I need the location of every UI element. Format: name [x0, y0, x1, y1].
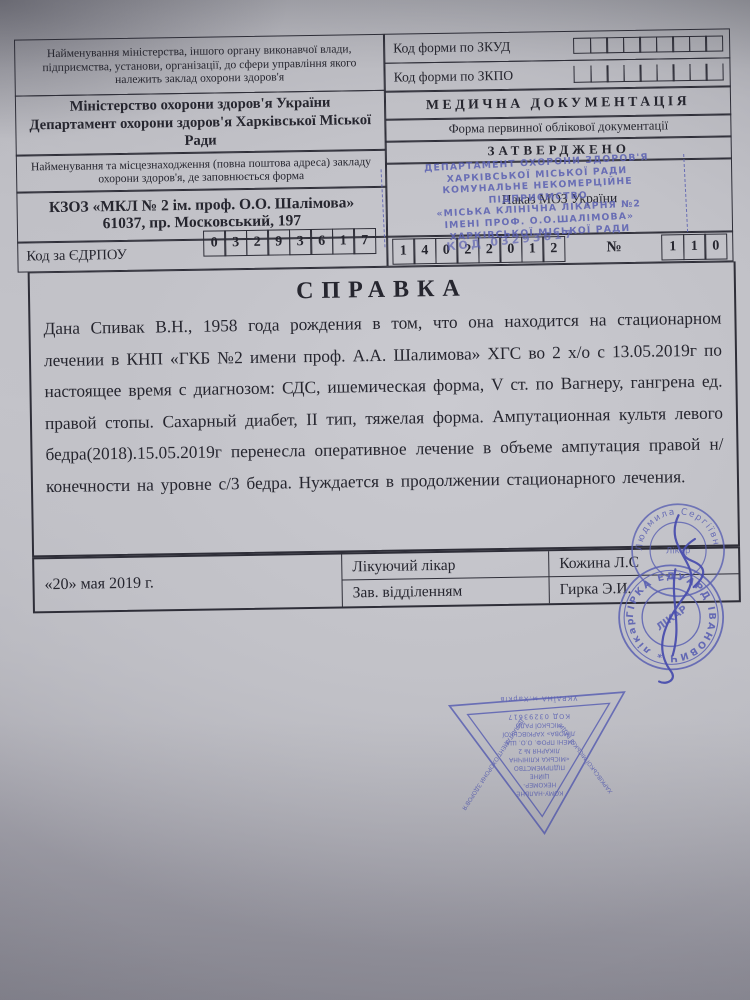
triangle-stamp-line: ЦІЙНЕ: [530, 772, 550, 781]
empty-code-cell: [573, 38, 591, 54]
number-digit-cell: 0: [704, 233, 727, 259]
edrpou-digit-cell: 3: [224, 230, 247, 256]
empty-code-cell: [590, 65, 608, 82]
empty-code-cell: [656, 36, 674, 52]
triangle-stamp-code: КОД 03293617: [507, 712, 570, 721]
ministry-cell: Міністерство охорони здоров'я України Де…: [15, 89, 386, 156]
certificate-date: «20» мая 2019 г.: [34, 555, 343, 612]
empty-code-cell: [623, 65, 641, 82]
zkud-label: Код форми по ЗКУД: [385, 39, 510, 57]
edrpou-cells: 0 3 2 9 3 6 1 7: [204, 228, 376, 257]
doctor-name: Кожина Л.С: [548, 548, 738, 577]
empty-code-cell: [672, 64, 690, 81]
empty-code-cell: [623, 37, 641, 53]
photo-background: Найменування міністерства, іншого органу…: [0, 0, 750, 1000]
empty-code-cell: [656, 64, 674, 81]
empty-code-cell: [639, 65, 657, 82]
certificate-body: СПРАВКА Дана Спивак В.Н., 1958 года рожд…: [28, 261, 740, 557]
triangle-stamp-line: «МІСЬКА КЛІНІЧНА: [508, 755, 569, 763]
triangle-stamp-line: КОМУ-НАЛЬНЕ: [516, 789, 563, 797]
edrpou-label: Код за ЄДРПОУ: [18, 247, 127, 266]
edrpou-digit-cell: 1: [331, 228, 354, 254]
department-name: Департамент охорони здоров'я Харківської…: [16, 111, 385, 153]
edrpou-digit-cell: 0: [203, 230, 226, 256]
empty-code-cell: [606, 37, 624, 53]
hospital-header-stamp: ДЕПАРТАМЕНТ ОХОРОНИ ЗДОРОВ'Я ХАРКІВСЬКОЇ…: [380, 150, 697, 266]
edrpou-digit-cell: 9: [267, 229, 290, 255]
doctor-role: Лікуючий лікар: [342, 551, 548, 580]
triangle-stamp-line: ЛІКАРНЯ № 2: [518, 747, 560, 755]
empty-code-cell: [573, 66, 591, 83]
empty-code-cell: [689, 36, 707, 52]
signature-table: «20» мая 2019 г. Лікуючий лікар Кожина Л…: [32, 546, 741, 613]
triangle-stamp-line: ПІДПРИЄМСТВО: [514, 764, 565, 772]
certificate-document: Найменування міністерства, іншого органу…: [0, 0, 750, 1000]
head-role: Зав. відділенням: [343, 577, 549, 606]
triangle-stamp-line: ЛІМОВА» ХАРКІВСЬКОЇ: [502, 729, 576, 739]
triangle-stamp-line: МІСЬКОЇ РАДИ: [515, 721, 562, 731]
edrpou-digit-cell: 3: [288, 229, 311, 255]
edrpou-digit-cell: 6: [310, 229, 333, 255]
org-label: Найменування міністерства, іншого органу…: [14, 34, 385, 97]
certificate-text: Дана Спивак В.Н., 1958 года рождения в т…: [43, 303, 724, 503]
round-stamp-head-center-text: ЛІКАР: [655, 604, 690, 634]
empty-code-cell: [590, 37, 608, 53]
empty-code-cell: [689, 64, 707, 81]
empty-code-cell: [639, 37, 657, 53]
zkud-cells: [575, 35, 724, 53]
empty-code-cell: [672, 36, 690, 52]
triangle-stamp-line: ІМЕНІ ПРОФ. О.О. ША-: [504, 738, 575, 746]
empty-code-cell: [705, 35, 723, 51]
edrpou-digit-cell: 7: [353, 228, 376, 254]
zkpo-label: Код форми по ЗКПО: [385, 67, 513, 85]
triangle-stamp-edge-left: ХАРКІВСЬКОЇ МІСЬКОЇ РАДИ: [558, 723, 615, 795]
triangle-stamp-edge-top: УКРАЇНА м.Харків: [499, 694, 577, 704]
triangle-stamp: КОМУ-НАЛЬНЕ НЕКОМЕР- ЦІЙНЕ ПІДПРИЄМСТВО …: [424, 679, 647, 847]
head-name: Гирка Э.И.: [548, 574, 738, 603]
triangle-stamp-edge-right: ДЕПАРТАМЕНТ ОХОРОНИ ЗДОРОВ'Я: [460, 717, 524, 811]
empty-code-cell: [606, 65, 624, 82]
edrpou-digit-cell: 2: [245, 230, 268, 256]
empty-code-cell: [705, 63, 723, 80]
zkpo-cells: [575, 63, 724, 82]
triangle-stamp-line: НЕКОМЕР-: [523, 781, 556, 789]
